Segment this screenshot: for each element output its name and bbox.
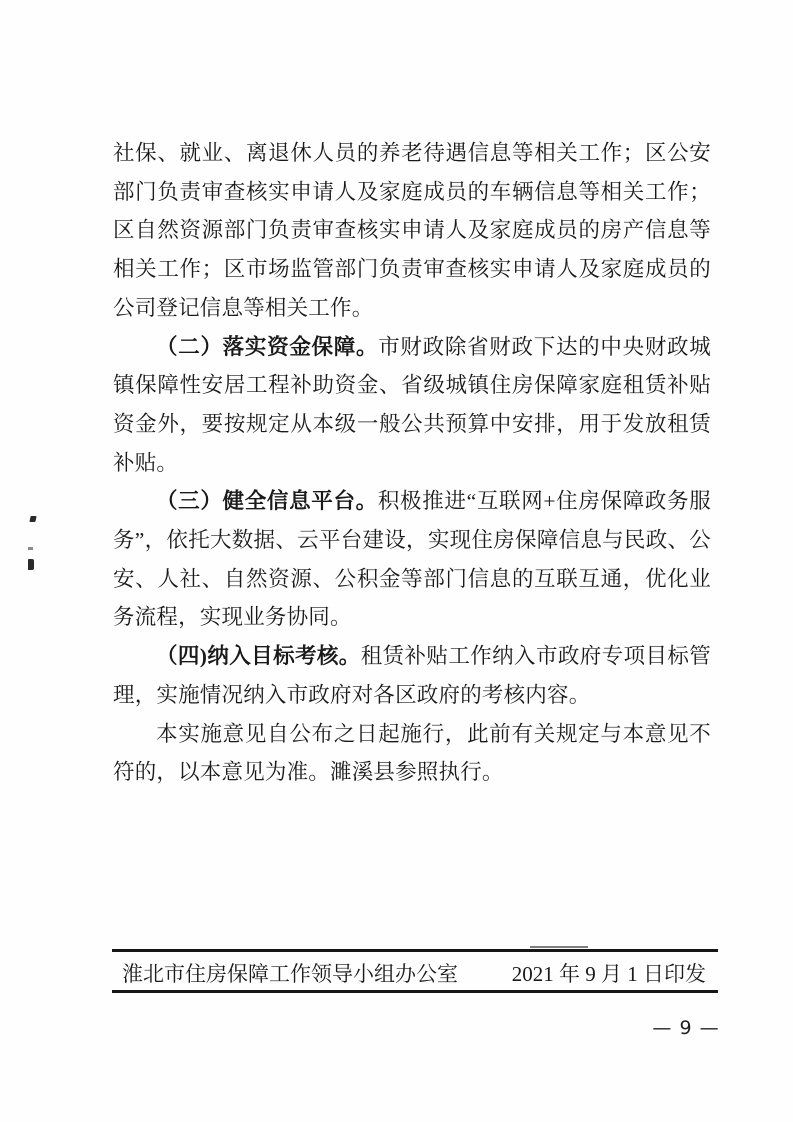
- footer-print-date: 2021 年 9 月 1 日印发: [512, 961, 706, 988]
- paragraph-text: 社保、就业、离退休人员的养老待遇信息等相关工作；区公安部门负责审查核实申请人及家…: [113, 141, 711, 320]
- paragraph-heading: （四)纳入目标考核。: [156, 644, 361, 668]
- paragraph-item-4: （四)纳入目标考核。租赁补贴工作纳入市政府专项目标管理，实施情况纳入市政府对各区…: [113, 637, 711, 714]
- paragraph-continuation: 社保、就业、离退休人员的养老待遇信息等相关工作；区公安部门负责审查核实申请人及家…: [113, 134, 711, 328]
- document-body: 社保、就业、离退休人员的养老待遇信息等相关工作；区公安部门负责审查核实申请人及家…: [113, 134, 711, 792]
- footer-bottom-rule: [112, 990, 718, 993]
- paragraph-heading: （二）落实资金保障。: [156, 335, 378, 359]
- paragraph-item-2: （二）落实资金保障。市财政除省财政下达的中央财政城镇保障性安居工程补助资金、省级…: [113, 328, 711, 483]
- paragraph-item-3: （三）健全信息平台。积极推进“互联网+住房保障政务服务”，依托大数据、云平台建设…: [113, 482, 711, 637]
- scan-speck: [28, 547, 33, 550]
- paragraph-heading: （三）健全信息平台。: [156, 489, 378, 513]
- footer-colophon: 淮北市住房保障工作领导小组办公室 2021 年 9 月 1 日印发: [122, 961, 706, 988]
- page-number: — 9 —: [648, 1017, 724, 1039]
- scanned-document-page: 社保、就业、离退休人员的养老待遇信息等相关工作；区公安部门负责审查核实申请人及家…: [0, 0, 793, 1122]
- scan-artifact-line: [530, 946, 588, 948]
- scan-speck: [29, 516, 36, 522]
- paragraph-closing: 本实施意见自公布之日起施行，此前有关规定与本意见不符的，以本意见为准。濉溪县参照…: [113, 715, 711, 792]
- paragraph-text: 本实施意见自公布之日起施行，此前有关规定与本意见不符的，以本意见为准。濉溪县参照…: [113, 722, 711, 785]
- scan-speck: [28, 559, 34, 570]
- footer-issuer: 淮北市住房保障工作领导小组办公室: [122, 961, 458, 988]
- footer-top-rule: [112, 949, 718, 952]
